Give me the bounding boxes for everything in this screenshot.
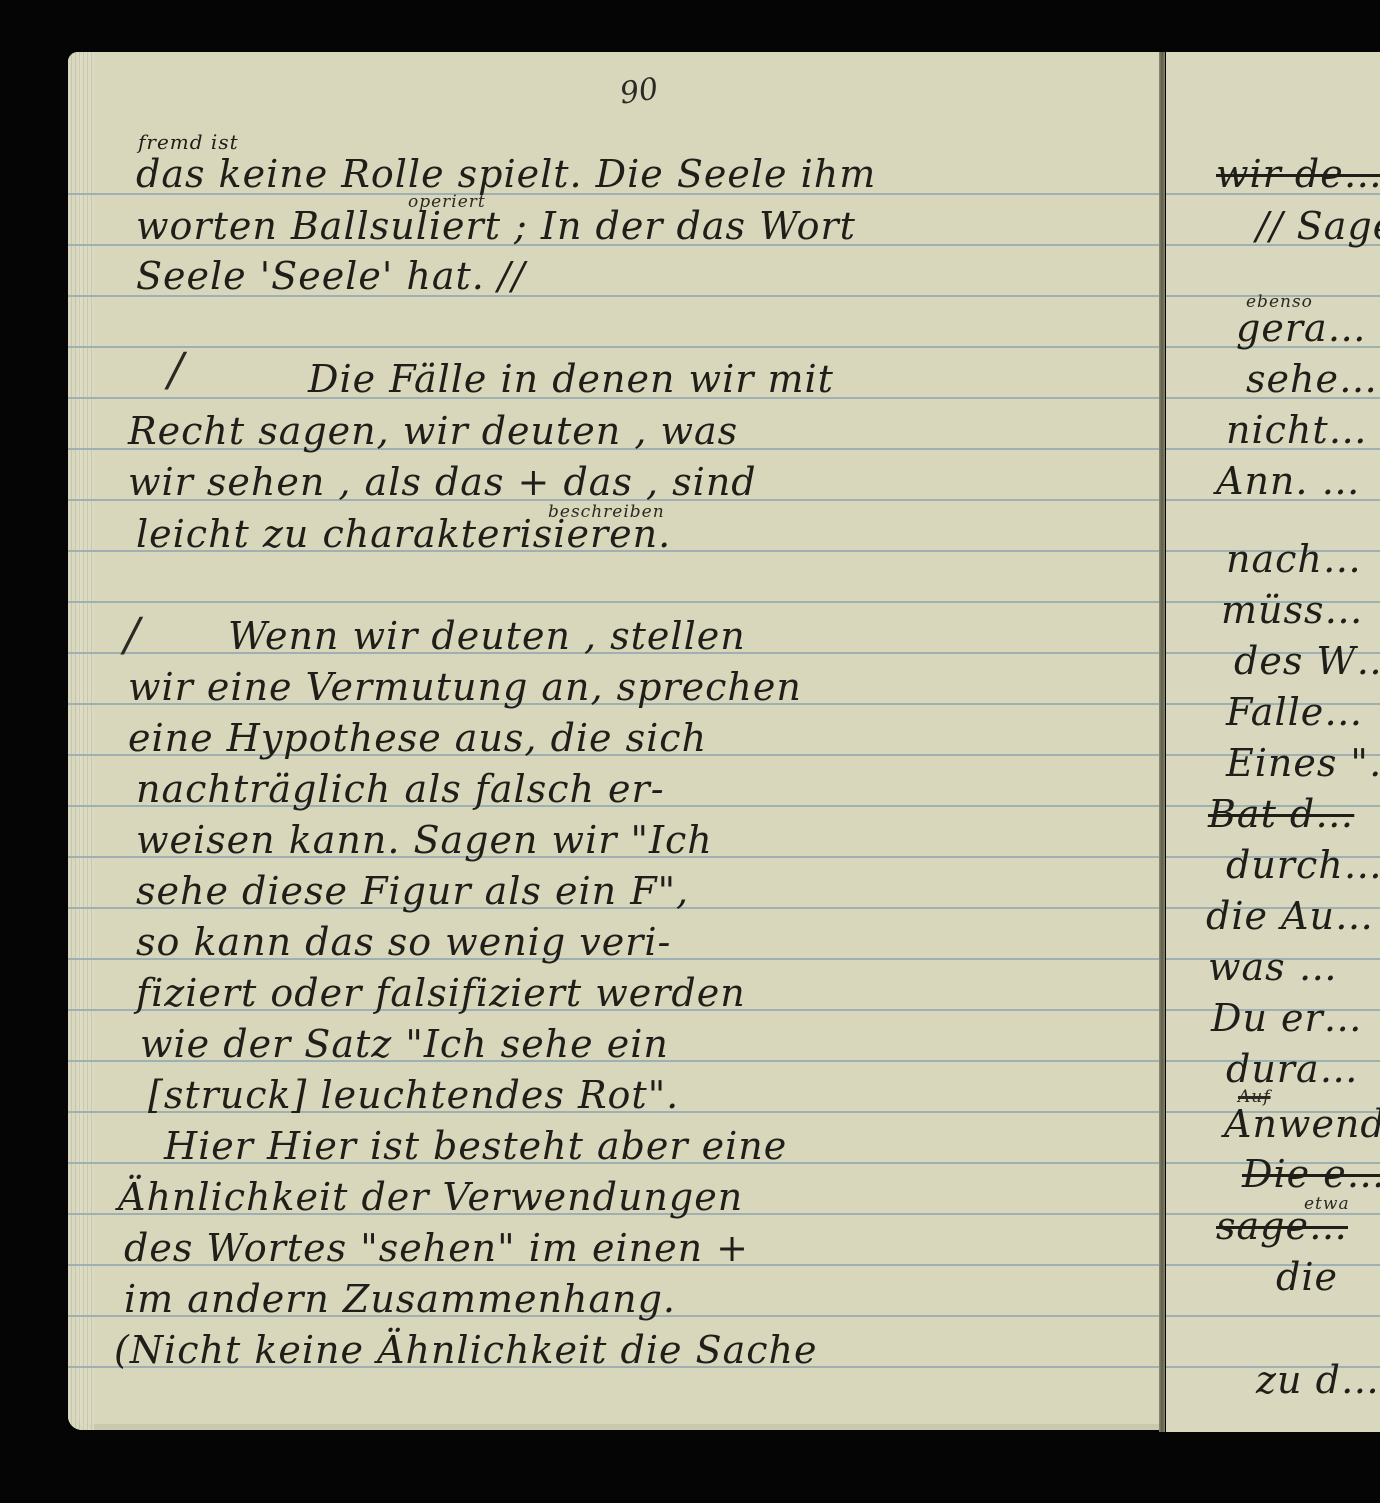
handwritten-line: sehe diese Figur als ein F", (136, 869, 689, 913)
handwritten-line: eine Hypothese aus, die sich (128, 716, 707, 760)
handwritten-line: durch… (1226, 843, 1380, 887)
handwritten-line: Falle… (1226, 690, 1363, 734)
handwritten-line: [struck] leuchtendes Rot". (148, 1073, 679, 1117)
left-page: 90 fremd ist das keine Rolle spielt. Die… (68, 52, 1162, 1430)
handwritten-line: wir eine Vermutung an, sprechen (128, 665, 802, 709)
handwritten-line: des Wortes "sehen" im einen + (124, 1226, 749, 1270)
handwritten-line: sehe… (1246, 357, 1378, 401)
handwritten-line: des W… (1234, 639, 1380, 683)
handwritten-line: leicht zu charakterisieren. (136, 512, 671, 556)
rule-line (1166, 1264, 1380, 1266)
rule-line (68, 601, 1162, 603)
handwritten-line: zu d… (1256, 1358, 1380, 1402)
handwritten-line: das keine Rolle spielt. Die Seele ihm (136, 152, 876, 196)
right-page: wir de… // Sage… ebenso gera… sehe… nich… (1166, 52, 1380, 1432)
handwritten-line: Wenn wir deuten , stellen (228, 614, 746, 658)
handwritten-line: die Au… (1206, 894, 1374, 938)
handwritten-line: Hier Hier ist besteht aber eine (164, 1124, 787, 1168)
handwritten-line: Ann. … (1216, 459, 1361, 503)
handwritten-line: was … (1208, 945, 1338, 989)
handwritten-line: wir de… (1216, 152, 1380, 196)
handwritten-line: wir sehen , als das + das , sind (128, 460, 757, 504)
handwritten-line: im andern Zusammenhang. (124, 1277, 676, 1321)
handwritten-line: weisen kann. Sagen wir "Ich (136, 818, 713, 862)
paragraph-mark: / (168, 342, 184, 396)
handwritten-line: wie der Satz "Ich sehe ein (140, 1022, 669, 1066)
page-number: 90 (618, 72, 661, 112)
notebook-scan: 90 fremd ist das keine Rolle spielt. Die… (0, 0, 1380, 1503)
handwritten-line: Du er… (1211, 996, 1363, 1040)
handwritten-line: worten Ballsuliert ; In der das Wort (136, 204, 856, 248)
rule-line (1166, 1315, 1380, 1317)
rule-line (68, 346, 1162, 348)
handwritten-line: fiziert oder falsifiziert werden (136, 971, 746, 1015)
handwritten-line: Bat d… (1208, 792, 1354, 836)
handwritten-line: Ähnlichkeit der Verwendungen (118, 1175, 743, 1219)
handwritten-line: gera… (1236, 306, 1367, 350)
handwritten-line: nach… (1226, 537, 1362, 581)
handwritten-insert: fremd ist (138, 130, 239, 154)
handwritten-line: Eines "… (1226, 741, 1380, 785)
handwritten-line: sage… (1216, 1204, 1348, 1248)
handwritten-line: müss… (1221, 588, 1364, 632)
handwritten-line: Die e… (1242, 1152, 1380, 1196)
handwritten-line: nachträglich als falsch er- (136, 767, 665, 811)
notebook-spine (1159, 52, 1165, 1432)
handwritten-line: dura… (1226, 1047, 1359, 1091)
paragraph-mark: / (124, 607, 140, 661)
handwritten-line: die (1276, 1255, 1338, 1299)
handwritten-line: Anwend… (1224, 1102, 1380, 1146)
handwritten-line: nicht… (1226, 408, 1368, 452)
handwritten-line: Seele 'Seele' hat. // (136, 254, 526, 298)
handwritten-line: Recht sagen, wir deuten , was (128, 409, 738, 453)
handwritten-line: so kann das so wenig veri- (136, 920, 671, 964)
handwritten-line: (Nicht keine Ähnlichkeit die Sache (114, 1328, 818, 1372)
handwritten-line: // Sage… (1256, 204, 1380, 248)
handwritten-line: Die Fälle in denen wir mit (308, 357, 834, 401)
